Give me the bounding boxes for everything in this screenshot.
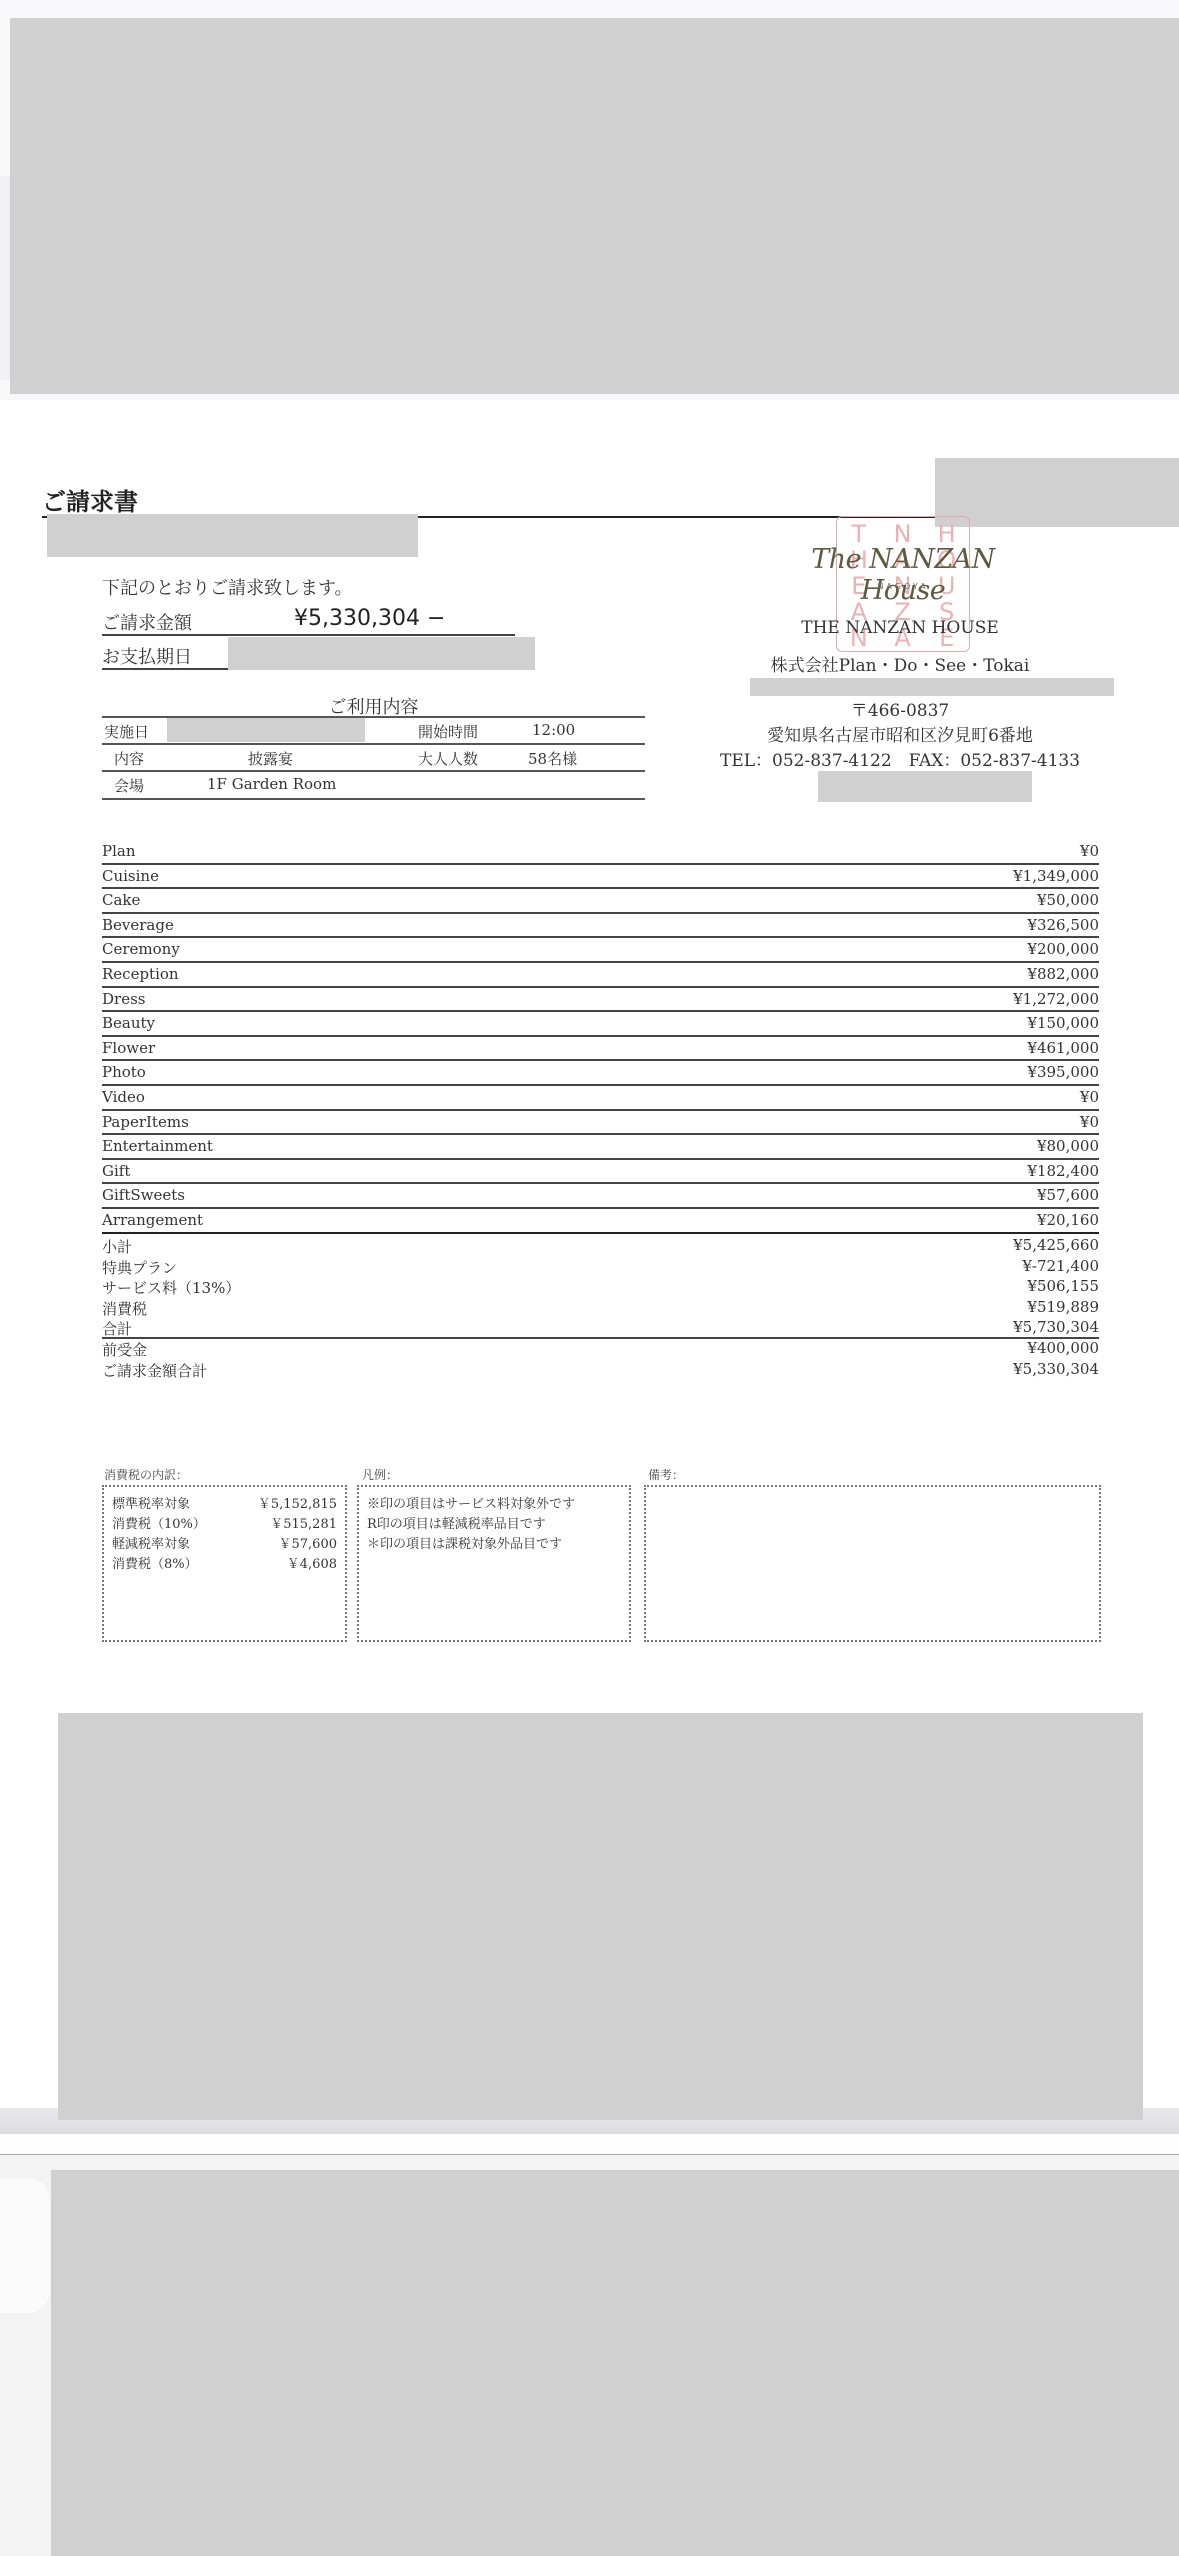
line-item-name: Ceremony [102,940,180,958]
line-items-table: Plan¥0Cuisine¥1,349,000Cake¥50,000Bevera… [102,840,1099,1234]
line-item-name: PaperItems [102,1113,189,1131]
summary-row: サービス料（13%）¥506,155 [102,1277,1099,1298]
line-item-amount: ¥0 [1080,1113,1099,1131]
document-title: ご請求書 [42,482,138,517]
line-item-amount: ¥57,600 [1037,1186,1099,1204]
billing-amount-label: ご請求金額 [102,609,192,635]
line-item-name: Photo [102,1063,146,1081]
summary-row: ご請求金額合計¥5,330,304 [102,1360,1099,1381]
company-postal-code: 〒466-0837 [700,696,1100,721]
tax-breakdown-name: 消費税（10%） [112,1513,206,1532]
line-item-name: Video [102,1088,145,1106]
line-item-amount: ¥882,000 [1027,965,1099,983]
usage-label: 会場 [114,775,144,796]
line-item-row: Ceremony¥200,000 [102,938,1099,963]
summary-row: 小計¥5,425,660 [102,1236,1099,1257]
summary-label: 前受金 [102,1339,147,1360]
tax-breakdown-amount: ￥57,600 [279,1533,338,1552]
line-item-row: Arrangement¥20,160 [102,1209,1099,1234]
summary-amount: ¥400,000 [1027,1339,1099,1357]
line-item-row: Reception¥882,000 [102,963,1099,988]
company-address: 愛知県名古屋市昭和区汐見町6番地 [700,721,1100,746]
legend-line: ＊印の項目は課税対象外品目です [367,1533,562,1552]
usage-row: 内容 披露宴 大人人数 58名様 [102,743,645,770]
summary-label: ご請求金額合計 [102,1360,207,1381]
redacted-region-bottom [58,1713,1143,2120]
summary-row: 消費税¥519,889 [102,1298,1099,1319]
remarks-label: 備考： [648,1466,684,1483]
usage-row: 会場 1F Garden Room [102,770,645,800]
company-name-en: THE NANZAN HOUSE [700,618,1100,638]
summary-row: 特典プラン¥-721,400 [102,1257,1099,1278]
line-item-row: Dress¥1,272,000 [102,988,1099,1013]
line-item-amount: ¥182,400 [1027,1162,1099,1180]
tax-breakdown-amount: ￥4,608 [287,1553,337,1572]
summary-amount: ¥5,425,660 [1013,1236,1099,1254]
tax-breakdown-label: 消費税の内訳： [104,1466,188,1483]
redacted-region-top [10,18,1179,394]
line-item-name: Entertainment [102,1137,213,1155]
summary-amount: ¥-721,400 [1022,1257,1099,1275]
line-item-amount: ¥0 [1080,1088,1099,1106]
line-item-row: Cuisine¥1,349,000 [102,865,1099,890]
usage-value: 12:00 [532,721,575,739]
line-item-name: Cake [102,891,140,909]
legend-label: 凡例： [362,1466,398,1483]
redacted-region-next-page [51,2170,1179,2556]
summary-label: サービス料（13%） [102,1277,240,1298]
billing-amount-value: ¥5,330,304 − [294,606,445,631]
line-item-row: Flower¥461,000 [102,1037,1099,1062]
summary-amount: ¥519,889 [1027,1298,1099,1316]
legend-line: ※印の項目はサービス料対象外です [367,1493,575,1512]
line-item-name: GiftSweets [102,1186,185,1204]
summary-amount: ¥506,155 [1027,1277,1099,1295]
tax-breakdown-name: 標準税率対象 [112,1493,190,1512]
line-item-name: Dress [102,990,145,1008]
line-item-row: Gift¥182,400 [102,1160,1099,1185]
line-item-row: Cake¥50,000 [102,889,1099,914]
payment-date-row: お支払期日 [102,640,228,670]
redacted-region-bottom-edge [58,2080,1143,2120]
company-logo: The NANZAN House [783,544,1023,606]
redacted-company-detail [750,678,1114,696]
line-item-amount: ¥80,000 [1037,1137,1099,1155]
line-item-row: GiftSweets¥57,600 [102,1184,1099,1209]
line-item-name: Gift [102,1162,130,1180]
tax-breakdown-amount: ￥5,152,815 [258,1493,337,1512]
line-item-amount: ¥20,160 [1037,1211,1099,1229]
line-item-name: Beverage [102,916,174,934]
usage-value: 58名様 [528,748,577,769]
tax-breakdown-box: 標準税率対象￥5,152,815消費税（10%）￥515,281軽減税率対象￥5… [102,1485,347,1642]
app-tile[interactable] [0,2178,50,2313]
payment-date-label: お支払期日 [102,643,192,669]
line-item-name: Plan [102,842,136,860]
line-item-name: Reception [102,965,179,983]
next-page-strip [0,2134,1179,2154]
tax-breakdown-name: 消費税（8%） [112,1553,198,1572]
line-item-amount: ¥326,500 [1027,916,1099,934]
summary-label: 消費税 [102,1298,147,1319]
usage-label: 実施日 [104,721,149,742]
company-logo-subtitle: NAGOYA [783,582,1023,591]
line-item-name: Beauty [102,1014,155,1032]
usage-label: 大人人数 [418,748,478,769]
redacted-invoice-info [935,458,1179,527]
summary-label: 小計 [102,1236,132,1257]
line-item-name: Flower [102,1039,155,1057]
company-tel-fax: TEL：052-837-4122 FAX：052-837-4133 [660,746,1140,771]
line-item-amount: ¥0 [1080,842,1099,860]
line-item-amount: ¥150,000 [1027,1014,1099,1032]
intro-text: 下記のとおりご請求致します。 [102,574,353,600]
summary-label: 特典プラン [102,1257,177,1278]
summary-row: 合計¥5,730,304 [102,1318,1099,1339]
line-item-amount: ¥395,000 [1027,1063,1099,1081]
line-item-amount: ¥461,000 [1027,1039,1099,1057]
company-name-jp: 株式会社Plan・Do・See・Tokai [700,651,1100,676]
summary-amount: ¥5,330,304 [1013,1360,1099,1378]
usage-table: 実施日 開始時間 12:00 内容 披露宴 大人人数 58名様 会場 1F Ga… [102,716,645,800]
line-item-row: Plan¥0 [102,840,1099,865]
redacted-event-date [167,718,365,742]
line-item-row: Entertainment¥80,000 [102,1135,1099,1160]
redacted-company-contact [818,771,1032,802]
tax-breakdown-name: 軽減税率対象 [112,1533,190,1552]
summary-row: 前受金¥400,000 [102,1339,1099,1360]
remarks-box [644,1485,1101,1642]
tax-breakdown-amount: ￥515,281 [270,1513,337,1532]
summary-table: 小計¥5,425,660特典プラン¥-721,400サービス料（13%）¥506… [102,1236,1099,1380]
line-item-row: Photo¥395,000 [102,1061,1099,1086]
line-item-amount: ¥1,272,000 [1013,990,1099,1008]
line-item-row: PaperItems¥0 [102,1111,1099,1136]
line-item-name: Cuisine [102,867,159,885]
summary-amount: ¥5,730,304 [1013,1318,1099,1336]
billing-amount-row: ご請求金額 ¥5,330,304 − [102,606,515,636]
line-item-name: Arrangement [102,1211,203,1229]
usage-value: 披露宴 [248,748,293,769]
usage-value: 1F Garden Room [207,775,336,793]
usage-label: 内容 [114,748,144,769]
legend-line: R印の項目は軽減税率品目です [367,1513,546,1532]
usage-row: 実施日 開始時間 12:00 [102,716,645,743]
line-item-row: Beverage¥326,500 [102,914,1099,939]
line-item-row: Beauty¥150,000 [102,1012,1099,1037]
line-item-row: Video¥0 [102,1086,1099,1111]
usage-label: 開始時間 [418,721,478,742]
redacted-payment-date [228,637,535,670]
line-item-amount: ¥200,000 [1027,940,1099,958]
summary-label: 合計 [102,1318,132,1339]
line-item-amount: ¥50,000 [1037,891,1099,909]
legend-box: ※印の項目はサービス料対象外です R印の項目は軽減税率品目です ＊印の項目は課税… [357,1485,631,1642]
redacted-recipient [47,514,418,557]
line-item-amount: ¥1,349,000 [1013,867,1099,885]
